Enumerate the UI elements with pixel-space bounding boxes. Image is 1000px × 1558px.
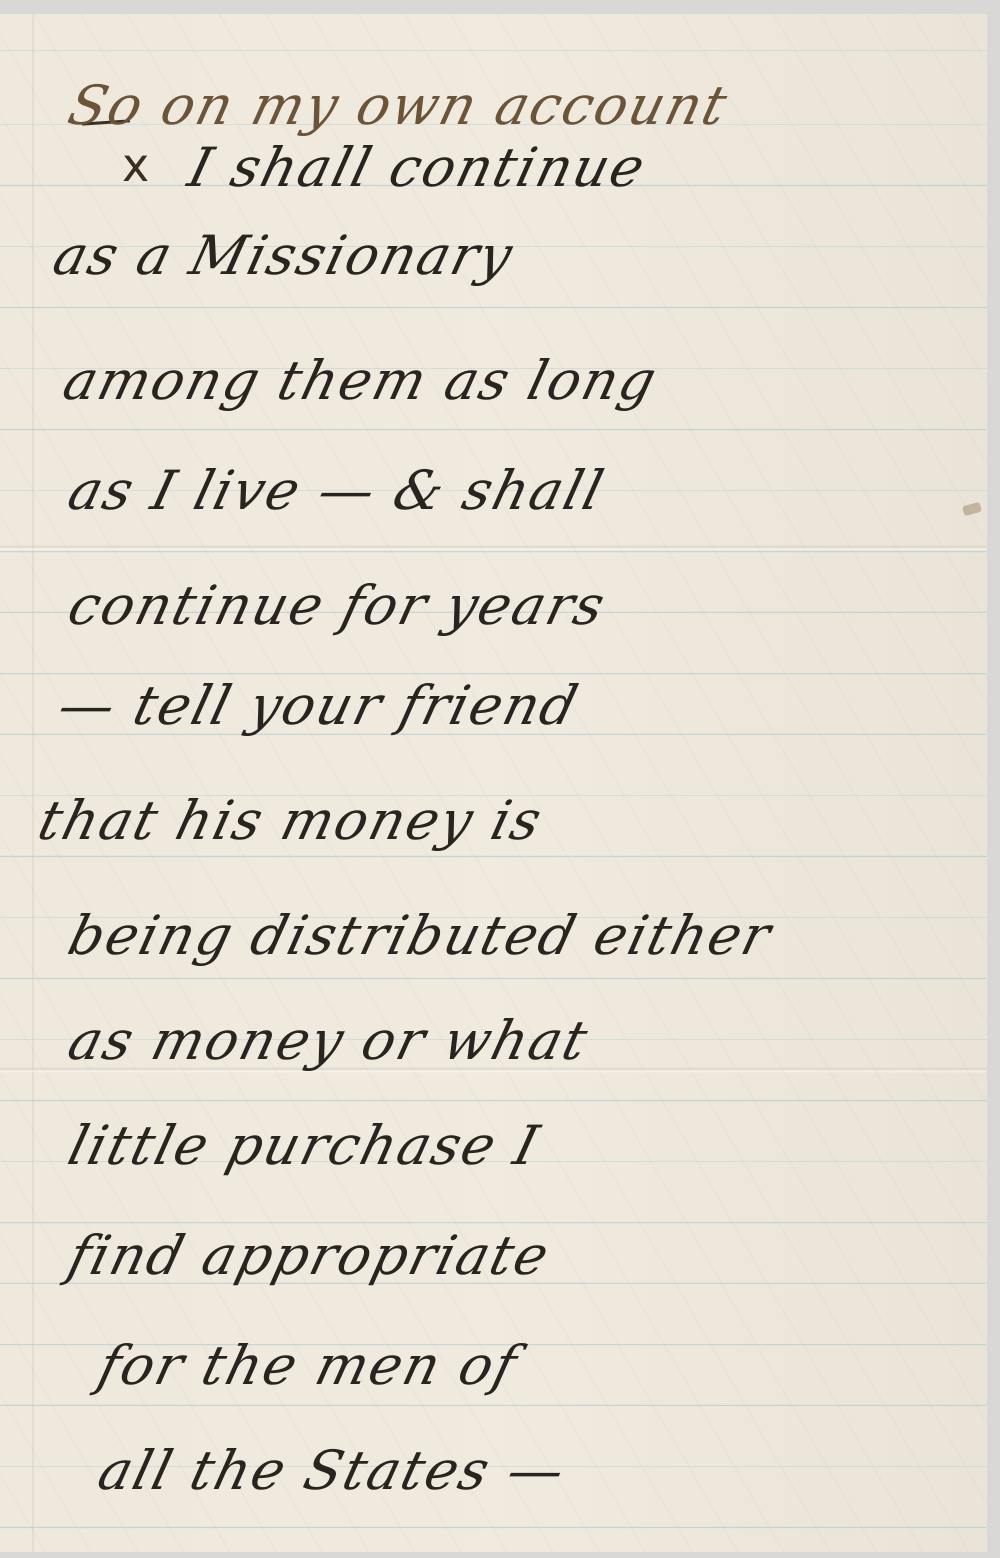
text-line: that his money is: [32, 789, 549, 852]
text-line: among them as long: [57, 349, 664, 412]
text-line: as money or what: [62, 1009, 595, 1072]
text-line: for the men of: [92, 1334, 524, 1397]
letter-page: x So on my own account I shall continue …: [0, 14, 986, 1552]
text-line: little purchase I: [62, 1114, 547, 1177]
text-line: — tell your friend: [52, 674, 585, 737]
text-line: I shall continue: [182, 136, 653, 199]
text-line: find appropriate: [62, 1224, 557, 1287]
text-line: So on my own account: [62, 74, 735, 137]
text-line: continue for years: [62, 574, 613, 637]
text-line: being distributed either: [62, 904, 779, 967]
text-line: all the States —: [92, 1439, 573, 1502]
margin-crease: [32, 14, 34, 1552]
text-line: as I live — & shall: [62, 459, 611, 522]
text-line: as a Missionary: [47, 224, 520, 287]
paper-fold: [0, 545, 986, 551]
insertion-mark: x: [122, 142, 149, 188]
